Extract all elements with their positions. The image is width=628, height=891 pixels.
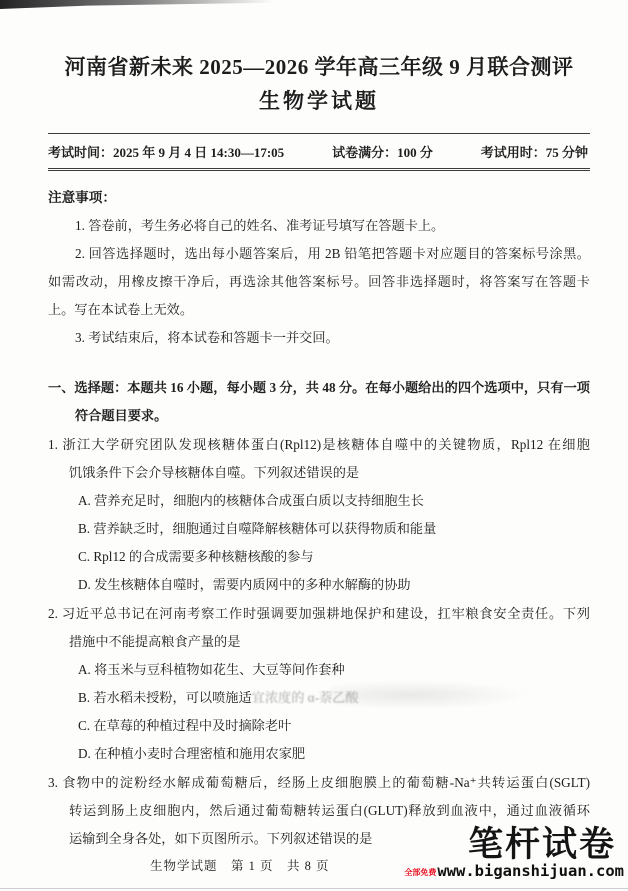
- question-1-option-a: A. 营养充足时，细胞内的核糖体合成蛋白质以支持细胞生长: [48, 487, 590, 515]
- exam-time: 考试时间：2025 年 9 月 4 日 14:30—17:05: [48, 142, 284, 161]
- exam-header: 河南省新未来 2025—2026 学年高三年级 9 月联合测评 生物学试题: [48, 50, 590, 118]
- bottom-scan-rule: [0, 888, 628, 889]
- notice-heading: 注意事项：: [48, 184, 590, 212]
- exam-paper-page: 河南省新未来 2025—2026 学年高三年级 9 月联合测评 生物学试题 考试…: [0, 0, 628, 891]
- watermark-free-tag: 全部免费: [404, 868, 436, 881]
- question-2-option-d: D. 在种植小麦时合理密植和施用农家肥: [48, 740, 590, 768]
- question-2-option-b-faded-text: 宜浓度的 α-萘乙酸: [252, 690, 359, 705]
- section-one-line-2: 符合题目要求。: [48, 402, 590, 430]
- question-2-option-c: C. 在草莓的种植过程中及时摘除老叶: [48, 712, 590, 740]
- question-1-option-b: B. 营养缺乏时，细胞通过自噬降解核糖体可以获得物质和能量: [48, 515, 590, 543]
- question-2-option-b: B. 若水稻未授粉，可以喷施适宜浓度的 α-萘乙酸: [48, 684, 590, 712]
- question-1-stem-line-1: 1. 浙江大学研究团队发现核糖体蛋白(Rpl12)是核糖体自噬中的关键物质，Rp…: [48, 431, 590, 459]
- notice-item-1: 1. 答卷前，考生务必将自己的姓名、准考证号填写在答题卡上。: [48, 212, 590, 240]
- exam-full-marks: 试卷满分：100 分: [332, 142, 433, 161]
- notice-item-2-line-2: 如需改动，用橡皮擦干净后，再选涂其他答案标号。回答非选择题时，将答案写在答题卡: [48, 268, 590, 296]
- notice-item-2-line-1: 2. 回答选择题时，选出每小题答案后，用 2B 铅笔把答题卡对应题目的答案标号涂…: [48, 240, 590, 268]
- question-1-stem-line-2: 饥饿条件下会介导核糖体自噬。下列叙述错误的是: [48, 459, 590, 487]
- watermark-brand: 笔杆试卷: [404, 828, 624, 862]
- question-3-stem-line-1: 3. 食物中的淀粉经水解成葡萄糖后，经肠上皮细胞膜上的葡萄糖-Na⁺共转运蛋白(…: [48, 769, 590, 797]
- page-footer: 生物学试题 第 1 页 共 8 页: [150, 856, 330, 874]
- notice-item-3: 3. 考试结束后，将本试卷和答题卡一并交回。: [48, 324, 590, 352]
- exam-duration: 考试用时：75 分钟: [481, 142, 588, 161]
- question-1-option-c: C. Rpl12 的合成需要多种核糖核酸的参与: [48, 543, 590, 571]
- question-2-stem-line-2: 措施中不能提高粮食产量的是: [48, 628, 590, 656]
- notice-section: 注意事项： 1. 答卷前，考生务必将自己的姓名、准考证号填写在答题卡上。 2. …: [48, 184, 590, 352]
- notice-item-2-line-3: 上。写在本试卷上无效。: [48, 296, 590, 324]
- exam-subtitle: 生物学试题: [48, 84, 590, 118]
- question-1-option-d: D. 发生核糖体自噬时，需要内质网中的多种水解酶的协助: [48, 571, 590, 599]
- scanner-edge-artifact: [0, 0, 274, 9]
- section-one-line-1: 一、选择题：本题共 16 小题，每小题 3 分，共 48 分。在每小题给出的四个…: [48, 374, 590, 402]
- watermark-url: www.biganshijuan.com: [437, 862, 624, 881]
- question-1: 1. 浙江大学研究团队发现核糖体蛋白(Rpl12)是核糖体自噬中的关键物质，Rp…: [48, 431, 590, 599]
- question-2: 2. 习近平总书记在河南考察工作时强调要加强耕地保护和建设，扛牢粮食安全责任。下…: [48, 600, 590, 768]
- watermark: 笔杆试卷 全部免费 www.biganshijuan.com: [404, 828, 624, 881]
- question-2-option-b-clear-text: B. 若水稻未授粉，可以喷施适: [78, 690, 252, 705]
- question-2-stem-line-1: 2. 习近平总书记在河南考察工作时强调要加强耕地保护和建设，扛牢粮食安全责任。下…: [48, 600, 590, 628]
- exam-title: 河南省新未来 2025—2026 学年高三年级 9 月联合测评: [48, 50, 590, 84]
- exam-info-bar: 考试时间：2025 年 9 月 4 日 14:30—17:05 试卷满分：100…: [48, 133, 590, 171]
- question-2-option-a: A. 将玉米与豆科植物如花生、大豆等间作套种: [48, 656, 590, 684]
- section-one-heading: 一、选择题：本题共 16 小题，每小题 3 分，共 48 分。在每小题给出的四个…: [48, 374, 590, 430]
- question-3-stem-line-2: 转运到肠上皮细胞内，然后通过葡萄糖转运蛋白(GLUT)释放到血液中，通过血液循环: [48, 797, 590, 825]
